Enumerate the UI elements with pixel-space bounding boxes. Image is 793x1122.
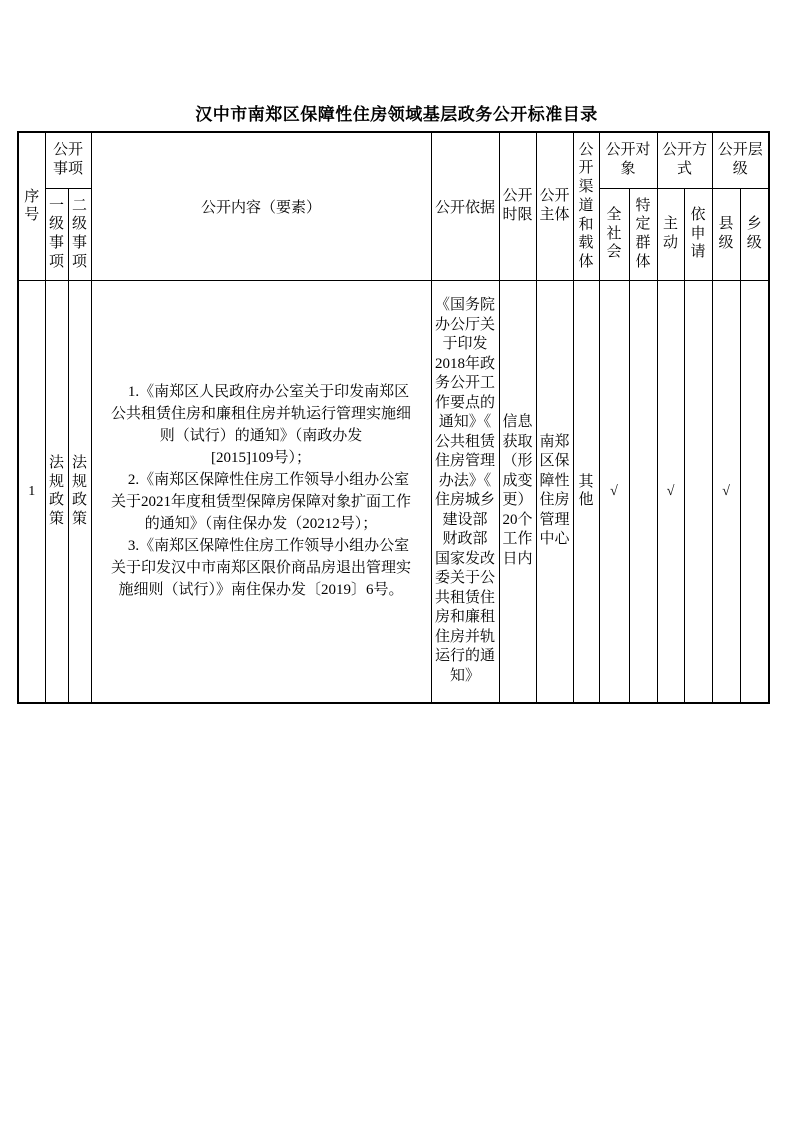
header-specific-group: 特定群体 [629,188,657,280]
whole-society-checkmark: √ [610,484,618,499]
header-row-1: 序号 公开 事项 公开内容（要素） 公开依据 公开 时限 公开 主体 公开渠道和… [18,132,769,188]
header-level1-matter: 一级事项 [45,188,68,280]
cell-specific-group-check [629,280,657,703]
header-upon-request: 依申请 [684,188,712,280]
header-serial-number: 序号 [18,132,45,280]
header-disclosure-channel: 公开渠道和载体 [573,132,599,280]
document-page: 汉中市南郑区保障性住房领域基层政务公开标准目录 序号 公开 事项 公开内容（要素… [0,0,793,1122]
cell-disclosure-content: 1.《南郑区人民政府办公室关于印发南郑区 公共租赁住房和廉租住房并轨运行管理实施… [91,280,431,703]
header-proactive: 主动 [657,188,684,280]
header-disclosure-time-limit: 公开 时限 [499,132,536,280]
header-serial-number-label: 序号 [24,188,39,226]
header-proactive-label: 主动 [663,215,678,253]
disclosure-channel-value: 其他 [579,473,594,511]
header-disclosure-basis: 公开依据 [431,132,499,280]
header-level2-matter-label: 二级事项 [72,197,87,272]
cell-disclosure-time-limit: 信息 获取 （形 成变 更） 20个 工作 日内 [499,280,536,703]
table-row: 1 法规政策 法规政策 1.《南郑区人民政府办公室关于印发南郑区 公共租赁住房和… [18,280,769,703]
header-county-level: 县级 [712,188,740,280]
header-disclosure-matters: 公开 事项 [45,132,91,188]
cell-level2-matter: 法规政策 [68,280,91,703]
header-disclosure-target: 公开对 象 [599,132,657,188]
page-title: 汉中市南郑区保障性住房领域基层政务公开标准目录 [0,100,793,125]
header-disclosure-channel-label: 公开渠道和载体 [579,141,594,272]
cell-disclosure-channel: 其他 [573,280,599,703]
header-disclosure-subject-label: 公开 主体 [540,188,570,223]
header-disclosure-content: 公开内容（要素） [91,132,431,280]
county-level-checkmark: √ [722,484,730,499]
cell-proactive-check: √ [657,280,684,703]
header-disclosure-subject: 公开 主体 [536,132,573,280]
header-whole-society: 全社会 [599,188,629,280]
header-upon-request-label: 依申请 [691,206,706,262]
disclosure-standard-table: 序号 公开 事项 公开内容（要素） 公开依据 公开 时限 公开 主体 公开渠道和… [17,131,770,704]
header-disclosure-method-label: 公开方 式 [662,142,707,177]
header-disclosure-matters-label: 公开 事项 [53,142,83,177]
cell-county-level-check: √ [712,280,740,703]
header-township-level: 乡级 [740,188,769,280]
cell-level1-matter: 法规政策 [45,280,68,703]
header-disclosure-level: 公开层 级 [712,132,769,188]
serial-number-value: 1 [28,484,35,499]
header-disclosure-time-limit-label: 公开 时限 [503,188,533,223]
cell-whole-society-check: √ [599,280,629,703]
cell-disclosure-subject: 南郑 区保 障性 住房 管理 中心 [536,280,573,703]
cell-township-level-check [740,280,769,703]
level1-matter-value: 法规政策 [49,454,64,529]
header-county-level-label: 县级 [719,215,734,253]
header-township-level-label: 乡级 [747,215,762,253]
header-level2-matter: 二级事项 [68,188,91,280]
header-level1-matter-label: 一级事项 [49,197,64,272]
header-disclosure-method: 公开方 式 [657,132,712,188]
level2-matter-value: 法规政策 [72,454,87,529]
header-disclosure-content-label: 公开内容（要素） [201,200,321,216]
header-disclosure-level-label: 公开层 级 [718,142,763,177]
cell-upon-request-check [684,280,712,703]
header-disclosure-target-label: 公开对 象 [606,142,651,177]
header-disclosure-basis-label: 公开依据 [435,200,495,216]
cell-disclosure-basis: 《国务院 办公厅关 于印发 2018年政 务公开工 作要点的 通知》《 公共租赁… [431,280,499,703]
proactive-checkmark: √ [667,484,675,499]
header-whole-society-label: 全社会 [607,206,622,262]
header-specific-group-label: 特定群体 [636,197,651,272]
cell-serial-number: 1 [18,280,45,703]
